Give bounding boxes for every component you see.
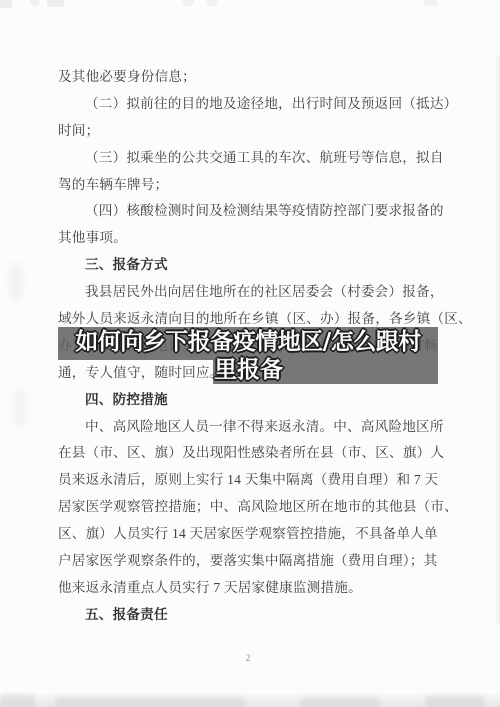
scan-left-smudge <box>8 262 24 302</box>
doc-text-line: 居家医学观察管控措施；中、高风险地区所在地市的其他县（市、 <box>58 494 464 521</box>
headline-title-line1: 如何向乡下报备疫情地区/怎么跟村 <box>58 329 438 356</box>
doc-text-line: 我县居民外出向居住地所在的社区居委会（村委会）报备， <box>58 279 464 306</box>
page-number: 2 <box>238 653 258 663</box>
scan-top-edge-artifact <box>207 0 217 6</box>
doc-text-line: 中、高风险地区人员一律不得来返永清。中、高风险地区所 <box>58 414 464 441</box>
scan-top-edge-artifact <box>30 0 39 6</box>
doc-text-line: 时间； <box>58 118 464 145</box>
doc-text-line: （二）拟前往的目的地及途径地，出行时间及预返回（抵达） <box>58 91 464 118</box>
doc-text-line: 驾的车辆车牌号； <box>58 172 464 199</box>
doc-text-line: 户居家医学观察条件的，要落实集中隔离措施（费用自理）；其 <box>58 548 464 575</box>
scan-bottom-edge-artifact <box>300 697 380 707</box>
scan-top-edge-artifact <box>424 0 438 6</box>
doc-heading-line: 三、报备方式 <box>58 252 464 279</box>
doc-heading-line: 四、防控措施 <box>58 387 464 414</box>
scan-bottom-edge-artifact <box>425 695 485 707</box>
doc-text-line: 他来返永清重点人员实行 7 天居家健康监测措施。 <box>58 575 464 602</box>
doc-text-line: 员来返永清后，原则上实行 14 天集中隔离（费用自理）和 7 天 <box>58 467 464 494</box>
doc-text-line: 及其他必要身份信息； <box>58 64 464 91</box>
scan-left-smudge <box>13 386 27 430</box>
doc-text-line: 在县（市、区、旗）及出现阳性感染者所在县（市、区、旗）人 <box>58 440 464 467</box>
scan-top-edge-artifact <box>183 0 194 6</box>
doc-text-line: （四）核酸检测时间及检测结果等疫情防控部门要求报备的 <box>58 198 464 225</box>
doc-text-line: 其他事项。 <box>58 225 464 252</box>
doc-text-line: 区、旗）人员实行 14 天居家医学观察管控措施，不具备单人单 <box>58 521 464 548</box>
doc-text-line: （三）拟乘坐的公共交通工具的车次、航班号等信息，拟自 <box>58 145 464 172</box>
doc-heading-line: 五、报备责任 <box>58 602 464 629</box>
scan-bottom-edge-artifact <box>55 697 245 707</box>
document-page: 及其他必要身份信息；（二）拟前往的目的地及途径地，出行时间及预返回（抵达）时间；… <box>0 0 500 707</box>
scan-top-edge-artifact <box>47 0 64 7</box>
scan-bottom-edge-artifact <box>0 694 35 707</box>
headline-title-line2: 里报备 <box>214 357 283 384</box>
scan-top-edge-artifact <box>0 0 12 8</box>
scan-right-edge-shadow <box>495 55 500 625</box>
